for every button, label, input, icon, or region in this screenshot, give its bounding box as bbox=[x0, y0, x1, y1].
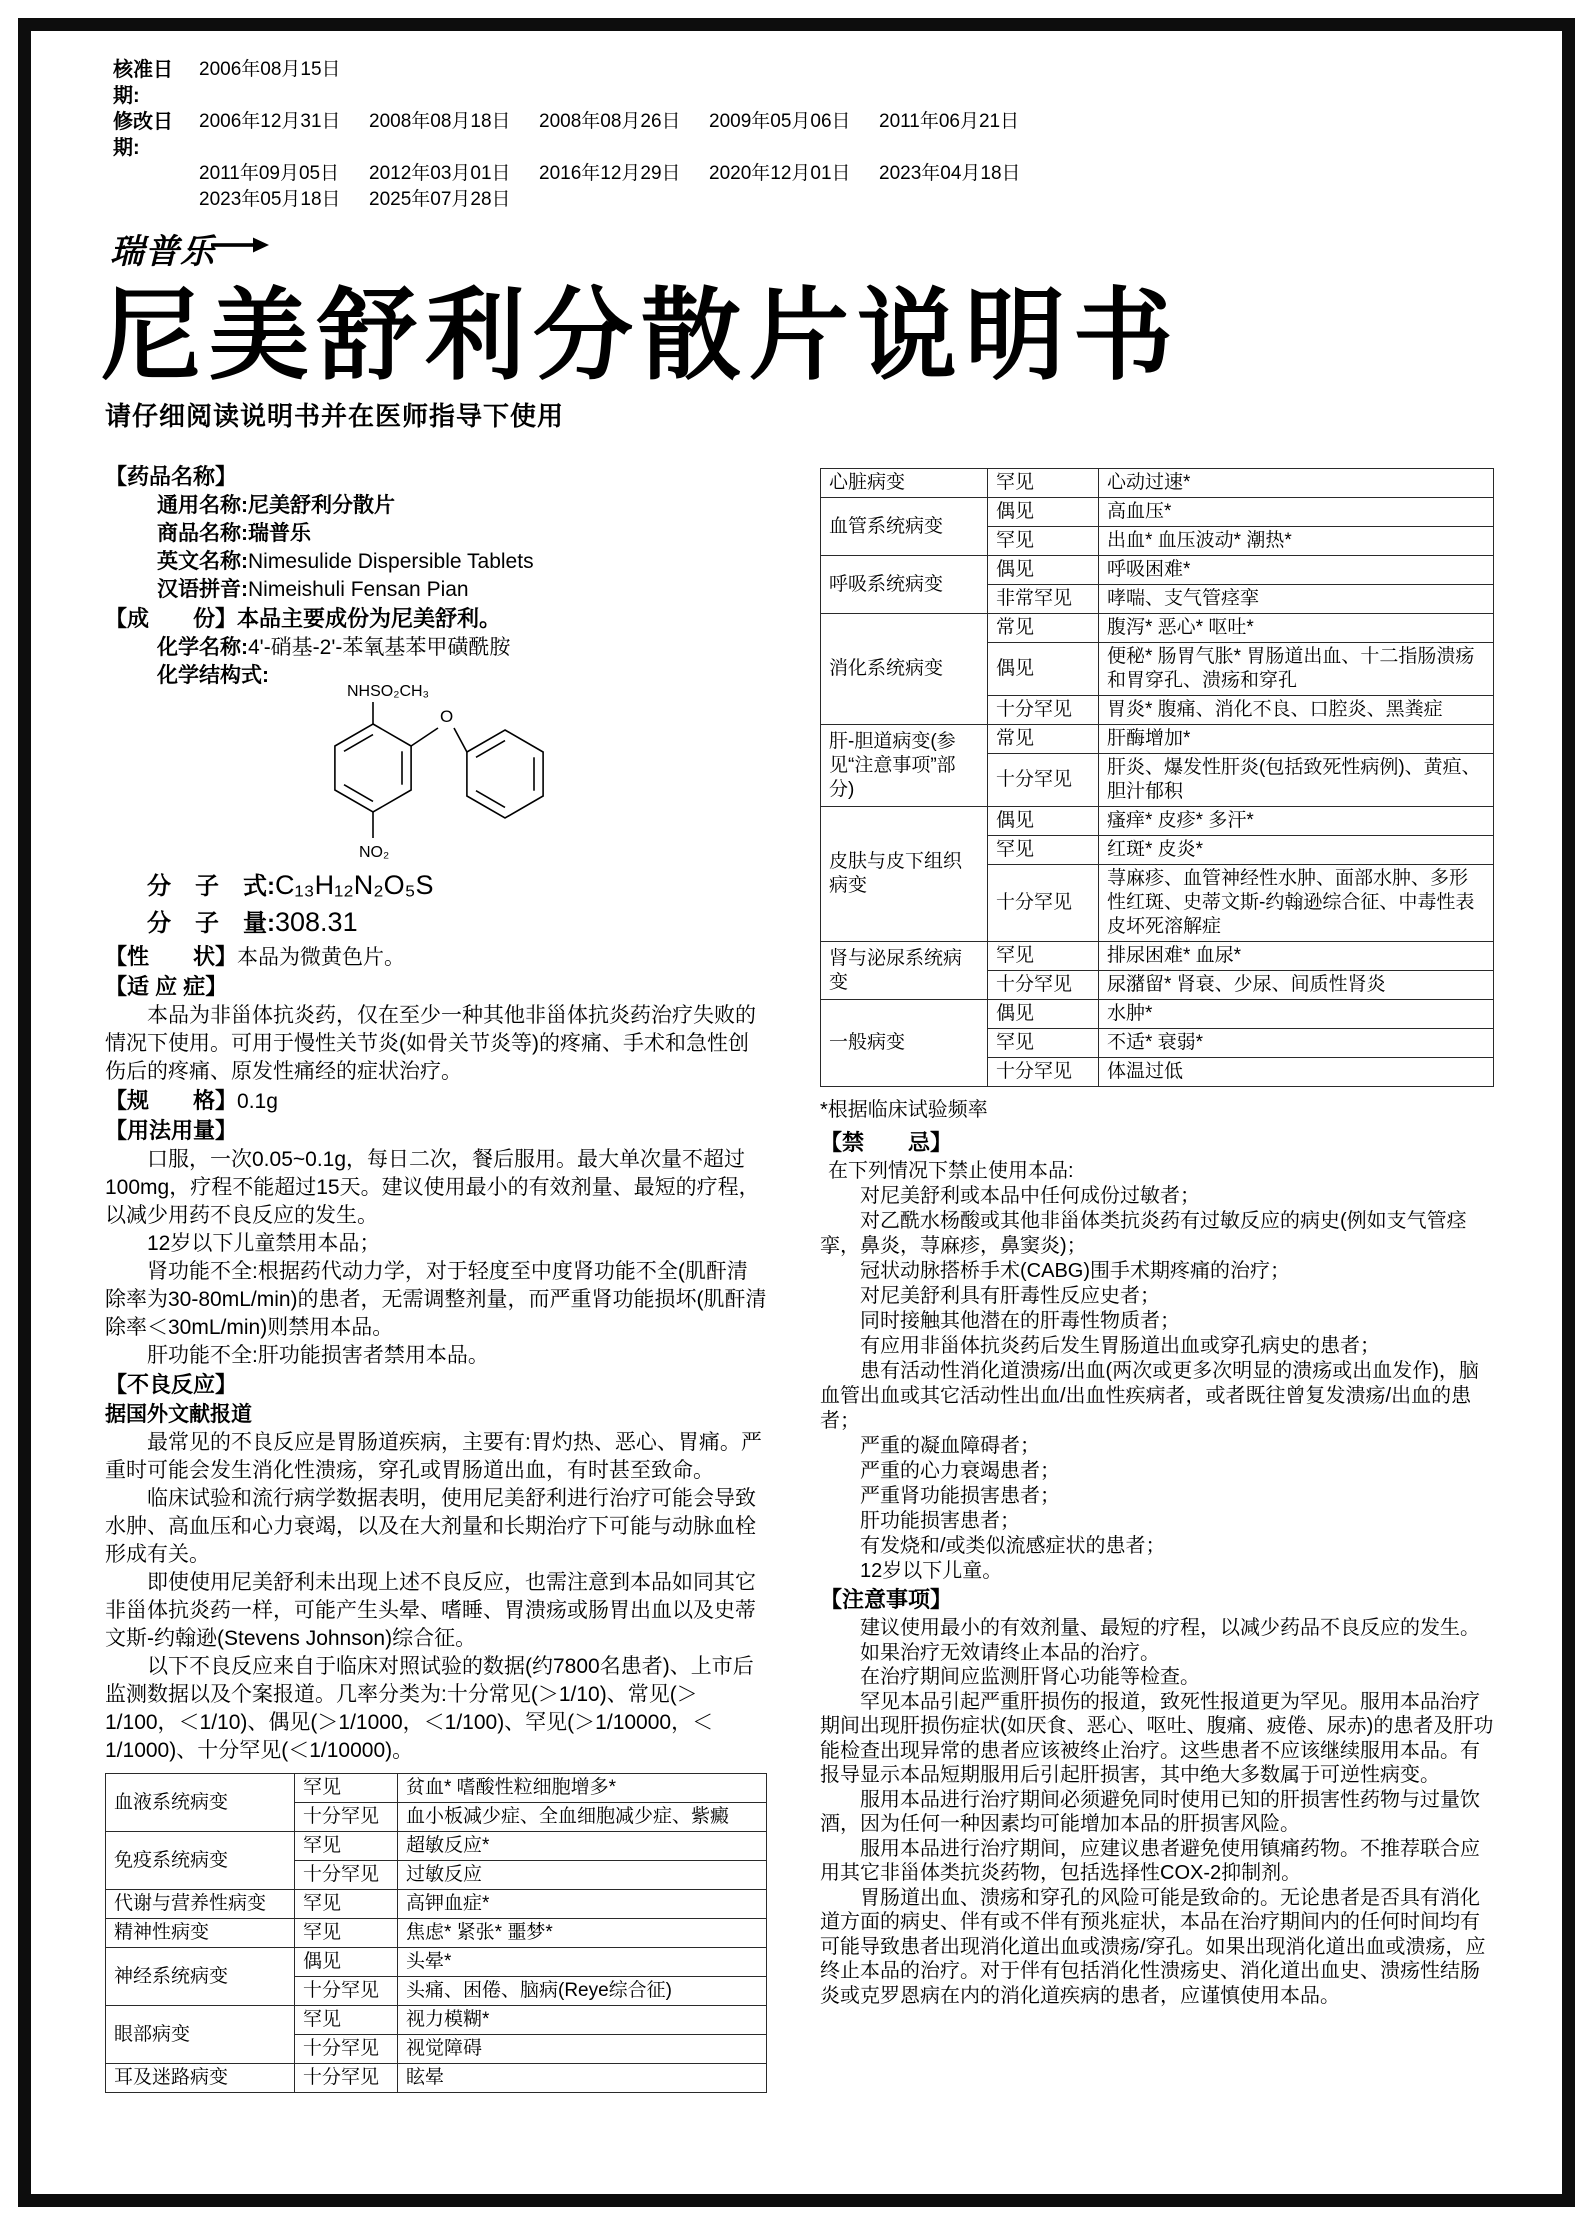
frequency-cell: 偶见 bbox=[988, 807, 1099, 836]
date-row-label: 修改日期: bbox=[113, 109, 199, 161]
approval-revision-dates: 核准日期:2006年08月15日修改日期:2006年12月31日2008年08月… bbox=[113, 57, 1049, 213]
contraindication-item: 对尼美舒利具有肝毒性反应史者； bbox=[820, 1284, 1494, 1309]
name-field: 英文名称:Nimesulide Dispersible Tablets bbox=[105, 548, 767, 576]
adverse-reactions-table-left-wrap: 血液系统病变罕见贫血* 嗜酸性粒细胞增多*十分罕见血小板减少症、全血细胞减少症、… bbox=[105, 1773, 767, 2093]
reaction-cell: 血小板减少症、全血细胞减少症、紫癜 bbox=[398, 1803, 767, 1832]
molecular-weight-label: 分 子 量: bbox=[147, 910, 275, 937]
chemical-structure-block: 化学结构式: bbox=[105, 662, 767, 868]
table-row: 代谢与营养性病变罕见高钾血症* bbox=[106, 1890, 767, 1919]
reaction-cell: 视力模糊* bbox=[398, 2006, 767, 2035]
adverse-reaction-paragraph: 以下不良反应来自于临床对照试验的数据(约7800名患者)、上市后监测数据以及个案… bbox=[105, 1653, 767, 1765]
reaction-cell: 腹泻* 恶心* 呕吐* bbox=[1099, 614, 1494, 643]
usage-paragraph: 口服，一次0.05~0.1g，每日二次，餐后服用。最大单次量不超过100mg，疗… bbox=[105, 1146, 767, 1230]
table-row: 血管系统病变偶见高血压* bbox=[821, 498, 1494, 527]
frequency-cell: 罕见 bbox=[988, 942, 1099, 971]
table-row: 心脏病变罕见心动过速* bbox=[821, 469, 1494, 498]
contraindication-item: 患有活动性消化道溃疡/出血(两次或更多次明显的溃疡或出血发作)，脑血管出血或其它… bbox=[820, 1359, 1494, 1434]
date-row-label: 核准日期: bbox=[113, 57, 199, 109]
precaution-paragraph: 胃肠道出血、溃疡和穿孔的风险可能是致命的。无论患者是否具有消化道方面的病史、伴有… bbox=[820, 1886, 1494, 2009]
name-field: 通用名称:尼美舒利分散片 bbox=[105, 492, 767, 520]
structure-bottom-group-label: NO₂ bbox=[359, 844, 389, 861]
character-label: 【性 状】 bbox=[105, 944, 237, 969]
contraindication-item: 有应用非甾体抗炎药后发生胃肠道出血或穿孔病史的患者； bbox=[820, 1334, 1494, 1359]
contraindication-item: 对乙酰水杨酸或其他非甾体类抗炎药有过敏反应的病史(例如支气管痉挛，鼻炎，荨麻疹，… bbox=[820, 1209, 1494, 1259]
usage-paragraph: 12岁以下儿童禁用本品； bbox=[105, 1230, 767, 1258]
table-row: 肝-胆道病变(参见“注意事项”部分)常见肝酶增加* bbox=[821, 725, 1494, 754]
frequency-cell: 十分罕见 bbox=[295, 1861, 398, 1890]
reaction-cell: 胃炎* 腹痛、消化不良、口腔炎、黑粪症 bbox=[1099, 696, 1494, 725]
table-row: 呼吸系统病变偶见呼吸困难* bbox=[821, 556, 1494, 585]
chemical-name-label: 化学名称: bbox=[157, 636, 248, 659]
reaction-cell: 肝酶增加* bbox=[1099, 725, 1494, 754]
organ-cell: 肾与泌尿系统病变 bbox=[821, 942, 988, 1000]
reaction-cell: 哮喘、支气管痉挛 bbox=[1099, 585, 1494, 614]
adverse-reactions-table-left: 血液系统病变罕见贫血* 嗜酸性粒细胞增多*十分罕见血小板减少症、全血细胞减少症、… bbox=[105, 1773, 767, 2093]
date-row: 2011年09月05日2012年03月01日2016年12月29日2020年12… bbox=[113, 161, 1049, 187]
contraindication-item: 冠状动脉搭桥手术(CABG)围手术期疼痛的治疗； bbox=[820, 1259, 1494, 1284]
structure-top-group-label: NHSO₂CH₃ bbox=[347, 683, 429, 700]
date-row-label bbox=[113, 161, 199, 187]
frequency-cell: 十分罕见 bbox=[295, 2035, 398, 2064]
frequency-cell: 常见 bbox=[988, 614, 1099, 643]
adverse-reaction-paragraph: 最常见的不良反应是胃肠道疾病，主要有:胃灼热、恶心、胃痛。严重时可能会发生消化性… bbox=[105, 1429, 767, 1485]
reaction-cell: 贫血* 嗜酸性粒细胞增多* bbox=[398, 1774, 767, 1803]
contraindication-heading: 【禁 忌】 bbox=[820, 1127, 1494, 1159]
frequency-cell: 罕见 bbox=[988, 469, 1099, 498]
contraindication-item: 严重的心力衰竭患者； bbox=[820, 1459, 1494, 1484]
date-value: 2008年08月26日 bbox=[539, 109, 709, 161]
reaction-cell: 水肿* bbox=[1099, 1000, 1494, 1029]
organ-cell: 神经系统病变 bbox=[106, 1948, 295, 2006]
molecular-formula-value: C₁₃H₁₂N₂O₅S bbox=[275, 870, 434, 900]
spec-label: 【规 格】 bbox=[105, 1088, 237, 1113]
date-value: 2008年08月18日 bbox=[369, 109, 539, 161]
structure-oxygen-label: O bbox=[440, 707, 453, 726]
frequency-cell: 十分罕见 bbox=[988, 1058, 1099, 1087]
contraindication-item: 严重的凝血障碍者； bbox=[820, 1434, 1494, 1459]
usage-heading: 【用法用量】 bbox=[105, 1116, 767, 1146]
frequency-cell: 十分罕见 bbox=[295, 1977, 398, 2006]
date-value: 2023年05月18日 bbox=[199, 187, 369, 213]
reaction-cell: 不适* 衰弱* bbox=[1099, 1029, 1494, 1058]
organ-cell: 免疫系统病变 bbox=[106, 1832, 295, 1890]
frequency-cell: 十分罕见 bbox=[295, 2064, 398, 2093]
logo-arrow-icon bbox=[211, 237, 269, 253]
date-value: 2023年04月18日 bbox=[879, 161, 1049, 187]
precaution-paragraph: 罕见本品引起严重肝损伤的报道，致死性报道更为罕见。服用本品治疗期间出现肝损伤症状… bbox=[820, 1690, 1494, 1788]
adverse-reactions-subheading: 据国外文献报道 bbox=[105, 1400, 767, 1429]
frequency-cell: 十分罕见 bbox=[988, 696, 1099, 725]
organ-cell: 血管系统病变 bbox=[821, 498, 988, 556]
precaution-paragraph: 如果治疗无效请终止本品的治疗。 bbox=[820, 1641, 1494, 1666]
field-value: Nimeishuli Fensan Pian bbox=[248, 578, 469, 601]
adverse-reactions-table-right: 心脏病变罕见心动过速*血管系统病变偶见高血压*罕见出血* 血压波动* 潮热*呼吸… bbox=[820, 468, 1494, 1087]
date-row: 2023年05月18日2025年07月28日 bbox=[113, 187, 1049, 213]
contraindication-item: 12岁以下儿童。 bbox=[820, 1559, 1494, 1584]
field-value: 尼美舒利分散片 bbox=[248, 494, 395, 517]
spec-value: 0.1g bbox=[237, 1090, 278, 1113]
reaction-cell: 眩晕 bbox=[398, 2064, 767, 2093]
reaction-cell: 头痛、困倦、脑病(Reye综合征) bbox=[398, 1977, 767, 2006]
reaction-cell: 视觉障碍 bbox=[398, 2035, 767, 2064]
frequency-cell: 罕见 bbox=[295, 1919, 398, 1948]
precautions-heading: 【注意事项】 bbox=[820, 1584, 1494, 1616]
reaction-cell: 肝炎、爆发性肝炎(包括致死性病例)、黄疸、胆汁郁积 bbox=[1099, 754, 1494, 807]
package-insert-page: 核准日期:2006年08月15日修改日期:2006年12月31日2008年08月… bbox=[0, 0, 1593, 2225]
composition-heading: 【成 份】本品主要成份为尼美舒利。 bbox=[105, 604, 767, 634]
frequency-cell: 非常罕见 bbox=[988, 585, 1099, 614]
reaction-cell: 焦虑* 紧张* 噩梦* bbox=[398, 1919, 767, 1948]
precaution-paragraph: 服用本品进行治疗期间必须避免同时使用已知的肝损害性药物与过量饮酒，因为任何一种因… bbox=[820, 1788, 1494, 1837]
spec-line: 【规 格】0.1g bbox=[105, 1086, 767, 1116]
organ-cell: 血液系统病变 bbox=[106, 1774, 295, 1832]
adverse-reaction-paragraph: 临床试验和流行病学数据表明，使用尼美舒利进行治疗可能会导致水肿、高血压和心力衰竭… bbox=[105, 1485, 767, 1569]
organ-cell: 一般病变 bbox=[821, 1000, 988, 1087]
frequency-cell: 十分罕见 bbox=[295, 1803, 398, 1832]
contraindication-intro: 在下列情况下禁止使用本品: bbox=[820, 1159, 1494, 1184]
field-label: 商品名称: bbox=[157, 522, 248, 545]
molecular-weight-value: 308.31 bbox=[275, 907, 358, 937]
table-row: 皮肤与皮下组织病变偶见瘙痒* 皮疹* 多汗* bbox=[821, 807, 1494, 836]
frequency-cell: 十分罕见 bbox=[988, 971, 1099, 1000]
frequency-cell: 罕见 bbox=[988, 1029, 1099, 1058]
table-row: 耳及迷路病变十分罕见眩晕 bbox=[106, 2064, 767, 2093]
field-label: 英文名称: bbox=[157, 550, 248, 573]
adverse-reactions-heading: 【不良反应】 bbox=[105, 1370, 767, 1400]
usage-paragraph: 肾功能不全:根据药代动力学，对于轻度至中度肾功能不全(肌酐清除率为30-80mL… bbox=[105, 1258, 767, 1342]
brand-logo-text: 瑞普乐 bbox=[110, 224, 215, 273]
usage-paragraphs: 口服，一次0.05~0.1g，每日二次，餐后服用。最大单次量不超过100mg，疗… bbox=[105, 1146, 767, 1370]
date-value: 2006年12月31日 bbox=[199, 109, 369, 161]
reaction-cell: 心动过速* bbox=[1099, 469, 1494, 498]
frequency-cell: 罕见 bbox=[295, 2006, 398, 2035]
frequency-cell: 罕见 bbox=[988, 836, 1099, 865]
frequency-cell: 偶见 bbox=[988, 643, 1099, 696]
date-row: 修改日期:2006年12月31日2008年08月18日2008年08月26日20… bbox=[113, 109, 1049, 161]
date-row-label bbox=[113, 187, 199, 213]
character-value: 本品为微黄色片。 bbox=[237, 946, 405, 969]
organ-cell: 消化系统病变 bbox=[821, 614, 988, 725]
date-value: 2016年12月29日 bbox=[539, 161, 709, 187]
right-column: 心脏病变罕见心动过速*血管系统病变偶见高血压*罕见出血* 血压波动* 潮热*呼吸… bbox=[820, 468, 1494, 2008]
drug-name-fields: 通用名称:尼美舒利分散片商品名称:瑞普乐英文名称:Nimesulide Disp… bbox=[105, 492, 767, 604]
organ-cell: 皮肤与皮下组织病变 bbox=[821, 807, 988, 942]
usage-paragraph: 肝功能不全:肝功能损害者禁用本品。 bbox=[105, 1342, 767, 1370]
table-row: 一般病变偶见水肿* bbox=[821, 1000, 1494, 1029]
brand-logo: 瑞普乐 bbox=[110, 224, 269, 273]
character-line: 【性 状】本品为微黄色片。 bbox=[105, 942, 767, 972]
frequency-cell: 罕见 bbox=[295, 1774, 398, 1803]
date-value: 2012年03月01日 bbox=[369, 161, 539, 187]
frequency-cell: 十分罕见 bbox=[988, 865, 1099, 942]
contraindication-item: 同时接触其他潜在的肝毒性物质者； bbox=[820, 1309, 1494, 1334]
organ-cell: 眼部病变 bbox=[106, 2006, 295, 2064]
field-value: Nimesulide Dispersible Tablets bbox=[248, 550, 534, 573]
name-field: 汉语拼音:Nimeishuli Fensan Pian bbox=[105, 576, 767, 604]
indication-heading: 【适 应 症】 bbox=[105, 972, 767, 1002]
table-row: 免疫系统病变罕见超敏反应* bbox=[106, 1832, 767, 1861]
contraindication-item: 对尼美舒利或本品中任何成份过敏者； bbox=[820, 1184, 1494, 1209]
contraindication-item: 严重肾功能损害患者； bbox=[820, 1484, 1494, 1509]
indication-text: 本品为非甾体抗炎药，仅在至少一种其他非甾体抗炎药治疗失败的情况下使用。可用于慢性… bbox=[105, 1002, 767, 1086]
name-field: 商品名称:瑞普乐 bbox=[105, 520, 767, 548]
precautions-paragraphs: 建议使用最小的有效剂量、最短的疗程，以减少药品不良反应的发生。如果治疗无效请终止… bbox=[820, 1616, 1494, 2008]
reaction-cell: 过敏反应 bbox=[398, 1861, 767, 1890]
frequency-cell: 十分罕见 bbox=[988, 754, 1099, 807]
organ-cell: 精神性病变 bbox=[106, 1919, 295, 1948]
field-label: 汉语拼音: bbox=[157, 578, 248, 601]
frequency-cell: 常见 bbox=[988, 725, 1099, 754]
table-row: 肾与泌尿系统病变罕见排尿困难* 血尿* bbox=[821, 942, 1494, 971]
field-label: 通用名称: bbox=[157, 494, 248, 517]
reaction-cell: 荨麻疹、血管神经性水肿、面部水肿、多形性红斑、史蒂文斯-约翰逊综合征、中毒性表皮… bbox=[1099, 865, 1494, 942]
frequency-cell: 偶见 bbox=[295, 1948, 398, 1977]
precaution-paragraph: 建议使用最小的有效剂量、最短的疗程，以减少药品不良反应的发生。 bbox=[820, 1616, 1494, 1641]
frequency-cell: 罕见 bbox=[295, 1890, 398, 1919]
reaction-cell: 高血压* bbox=[1099, 498, 1494, 527]
organ-cell: 耳及迷路病变 bbox=[106, 2064, 295, 2093]
molecular-formula-line: 分 子 式:C₁₃H₁₂N₂O₅S bbox=[105, 868, 767, 905]
reaction-cell: 超敏反应* bbox=[398, 1832, 767, 1861]
adverse-reaction-paragraph: 即使使用尼美舒利未出现上述不良反应，也需注意到本品如同其它非甾体抗炎药一样，可能… bbox=[105, 1569, 767, 1653]
drug-name-heading: 【药品名称】 bbox=[105, 462, 767, 492]
organ-cell: 肝-胆道病变(参见“注意事项”部分) bbox=[821, 725, 988, 807]
contraindication-item: 肝功能损害患者； bbox=[820, 1509, 1494, 1534]
date-value: 2020年12月01日 bbox=[709, 161, 879, 187]
frequency-cell: 偶见 bbox=[988, 498, 1099, 527]
reaction-cell: 排尿困难* 血尿* bbox=[1099, 942, 1494, 971]
frequency-cell: 偶见 bbox=[988, 556, 1099, 585]
reaction-cell: 出血* 血压波动* 潮热* bbox=[1099, 527, 1494, 556]
frequency-cell: 罕见 bbox=[988, 527, 1099, 556]
date-value: 2011年06月21日 bbox=[879, 109, 1049, 161]
date-value: 2025年07月28日 bbox=[369, 187, 539, 213]
molecular-weight-line: 分 子 量:308.31 bbox=[105, 905, 767, 942]
reaction-cell: 体温过低 bbox=[1099, 1058, 1494, 1087]
page-subtitle: 请仔细阅读说明书并在医师指导下使用 bbox=[105, 396, 564, 433]
field-value: 瑞普乐 bbox=[248, 522, 311, 545]
adverse-reactions-table-right-wrap: 心脏病变罕见心动过速*血管系统病变偶见高血压*罕见出血* 血压波动* 潮热*呼吸… bbox=[820, 468, 1494, 1087]
organ-cell: 呼吸系统病变 bbox=[821, 556, 988, 614]
table-row: 精神性病变罕见焦虑* 紧张* 噩梦* bbox=[106, 1919, 767, 1948]
contraindication-items: 对尼美舒利或本品中任何成份过敏者；对乙酰水杨酸或其他非甾体类抗炎药有过敏反应的病… bbox=[820, 1184, 1494, 1584]
precaution-paragraph: 服用本品进行治疗期间，应建议患者避免使用镇痛药物。不推荐联合应用其它非甾体类抗炎… bbox=[820, 1837, 1494, 1886]
table-row: 血液系统病变罕见贫血* 嗜酸性粒细胞增多* bbox=[106, 1774, 767, 1803]
date-value: 2006年08月15日 bbox=[199, 57, 369, 109]
adverse-reactions-paragraphs: 最常见的不良反应是胃肠道疾病，主要有:胃灼热、恶心、胃痛。严重时可能会发生消化性… bbox=[105, 1429, 767, 1765]
structure-label: 化学结构式: bbox=[157, 662, 269, 690]
chemical-structure-diagram: NHSO₂CH₃ O NO₂ bbox=[295, 656, 575, 868]
frequency-cell: 偶见 bbox=[988, 1000, 1099, 1029]
table-row: 神经系统病变偶见头晕* bbox=[106, 1948, 767, 1977]
reaction-cell: 红斑* 皮炎* bbox=[1099, 836, 1494, 865]
reaction-cell: 尿潴留* 肾衰、少尿、间质性肾炎 bbox=[1099, 971, 1494, 1000]
table-footnote: *根据临床试验频率 bbox=[820, 1097, 1494, 1123]
precaution-paragraph: 在治疗期间应监测肝肾心功能等检查。 bbox=[820, 1665, 1494, 1690]
page-title: 尼美舒利分散片说明书 bbox=[101, 286, 1181, 386]
date-row: 核准日期:2006年08月15日 bbox=[113, 57, 1049, 109]
organ-cell: 心脏病变 bbox=[821, 469, 988, 498]
reaction-cell: 便秘* 肠胃气胀* 胃肠道出血、十二指肠溃疡和胃穿孔、溃疡和穿孔 bbox=[1099, 643, 1494, 696]
contraindication-item: 有发烧和/或类似流感症状的患者； bbox=[820, 1534, 1494, 1559]
date-value: 2011年09月05日 bbox=[199, 161, 369, 187]
reaction-cell: 瘙痒* 皮疹* 多汗* bbox=[1099, 807, 1494, 836]
table-row: 消化系统病变常见腹泻* 恶心* 呕吐* bbox=[821, 614, 1494, 643]
reaction-cell: 高钾血症* bbox=[398, 1890, 767, 1919]
molecular-formula-label: 分 子 式: bbox=[147, 873, 275, 900]
date-value: 2009年05月06日 bbox=[709, 109, 879, 161]
frequency-cell: 罕见 bbox=[295, 1832, 398, 1861]
precautions-section: 【注意事项】 建议使用最小的有效剂量、最短的疗程，以减少药品不良反应的发生。如果… bbox=[820, 1584, 1494, 2008]
reaction-cell: 呼吸困难* bbox=[1099, 556, 1494, 585]
reaction-cell: 头晕* bbox=[398, 1948, 767, 1977]
organ-cell: 代谢与营养性病变 bbox=[106, 1890, 295, 1919]
left-column: 【药品名称】 通用名称:尼美舒利分散片商品名称:瑞普乐英文名称:Nimesuli… bbox=[105, 462, 767, 2093]
table-row: 眼部病变罕见视力模糊* bbox=[106, 2006, 767, 2035]
